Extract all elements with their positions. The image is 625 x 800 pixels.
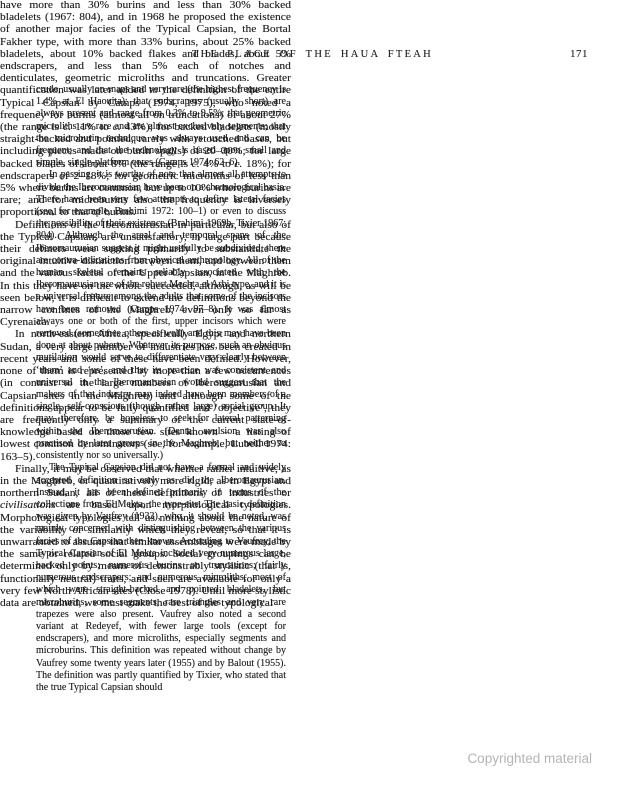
copyright-notice: Copyrighted material — [467, 751, 592, 766]
scanned-book-page: THE PLACE OF THE HAUA FTEAH 171 crude, u… — [0, 0, 625, 800]
paragraph: Finally, it may be observed that whether… — [0, 464, 291, 610]
paragraph: In north-eastern Africa, specifically Eg… — [0, 329, 291, 463]
paragraph: have more than 30% burins and less than … — [0, 0, 291, 220]
text-column-right: have more than 30% burins and less than … — [0, 0, 292, 610]
text-column-right-inner: have more than 30% burins and less than … — [0, 0, 291, 610]
page-number: 171 — [570, 48, 588, 60]
paragraph: Definitions of the Iberomaurusian in par… — [0, 220, 291, 330]
